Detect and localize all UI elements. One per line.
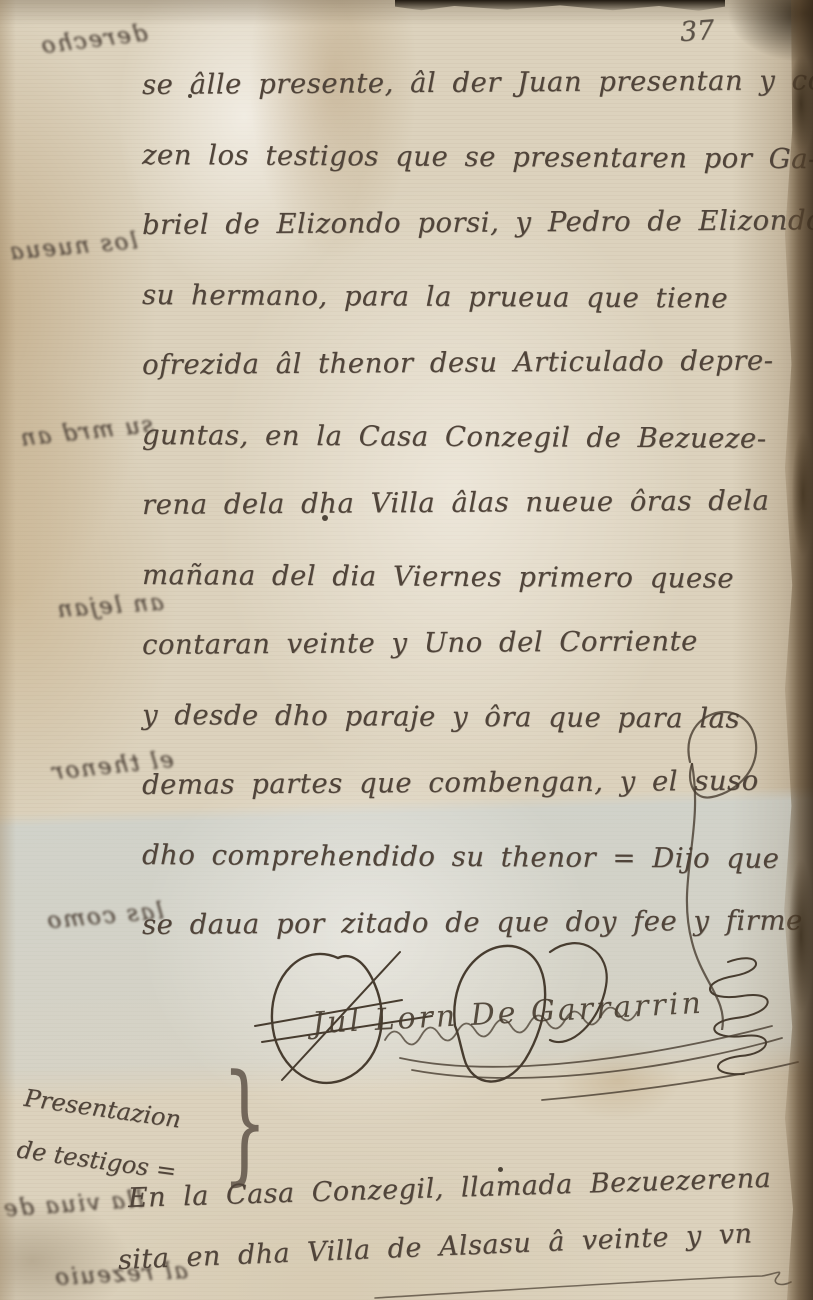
manuscript-line: contaran veinte y Uno del Corriente <box>142 605 802 680</box>
bleedthrough-text: an lejan <box>3 589 164 626</box>
folio-number: 37 <box>679 15 715 48</box>
manuscript-line: mañana del dia Viernes primero quese <box>142 540 802 614</box>
bleedthrough-text: derecho <box>0 20 149 65</box>
ink-spot <box>498 1167 503 1172</box>
bleedthrough-text: lla viua de <box>0 1186 145 1223</box>
manuscript-line: rena dela dha Villa âlas nueue ôras dela <box>142 465 802 540</box>
bleedthrough-text: su mrd an <box>0 412 155 455</box>
bleedthrough-text: los nueua <box>0 228 139 268</box>
signature-block: Jul Lorn De Garrarrin <box>250 930 810 1115</box>
manuscript-line: ofrezida âl thenor desu Articulado depre… <box>142 325 802 400</box>
binding-shadow-top <box>395 0 725 12</box>
bottom-stroke-graphic <box>370 1268 800 1300</box>
page-left-edge <box>0 0 16 1300</box>
ink-spot <box>188 94 192 98</box>
manuscript-line: zen los testigos que se presentaren por … <box>142 120 802 194</box>
bleedthrough-text: las como <box>3 898 165 938</box>
manuscript-page: derecho los nueua su mrd an an lejan el … <box>0 0 813 1300</box>
manuscript-line: briel de Elizondo porsi, y Pedro de Eliz… <box>142 185 802 260</box>
manuscript-line: se âlle presente, âl der Juan presentan … <box>142 45 802 120</box>
ink-spot <box>322 515 328 521</box>
manuscript-line: guntas, en la Casa Conzegil de Bezueze- <box>142 400 802 474</box>
manuscript-line: su hermano, para la prueua que tiene <box>142 260 802 334</box>
